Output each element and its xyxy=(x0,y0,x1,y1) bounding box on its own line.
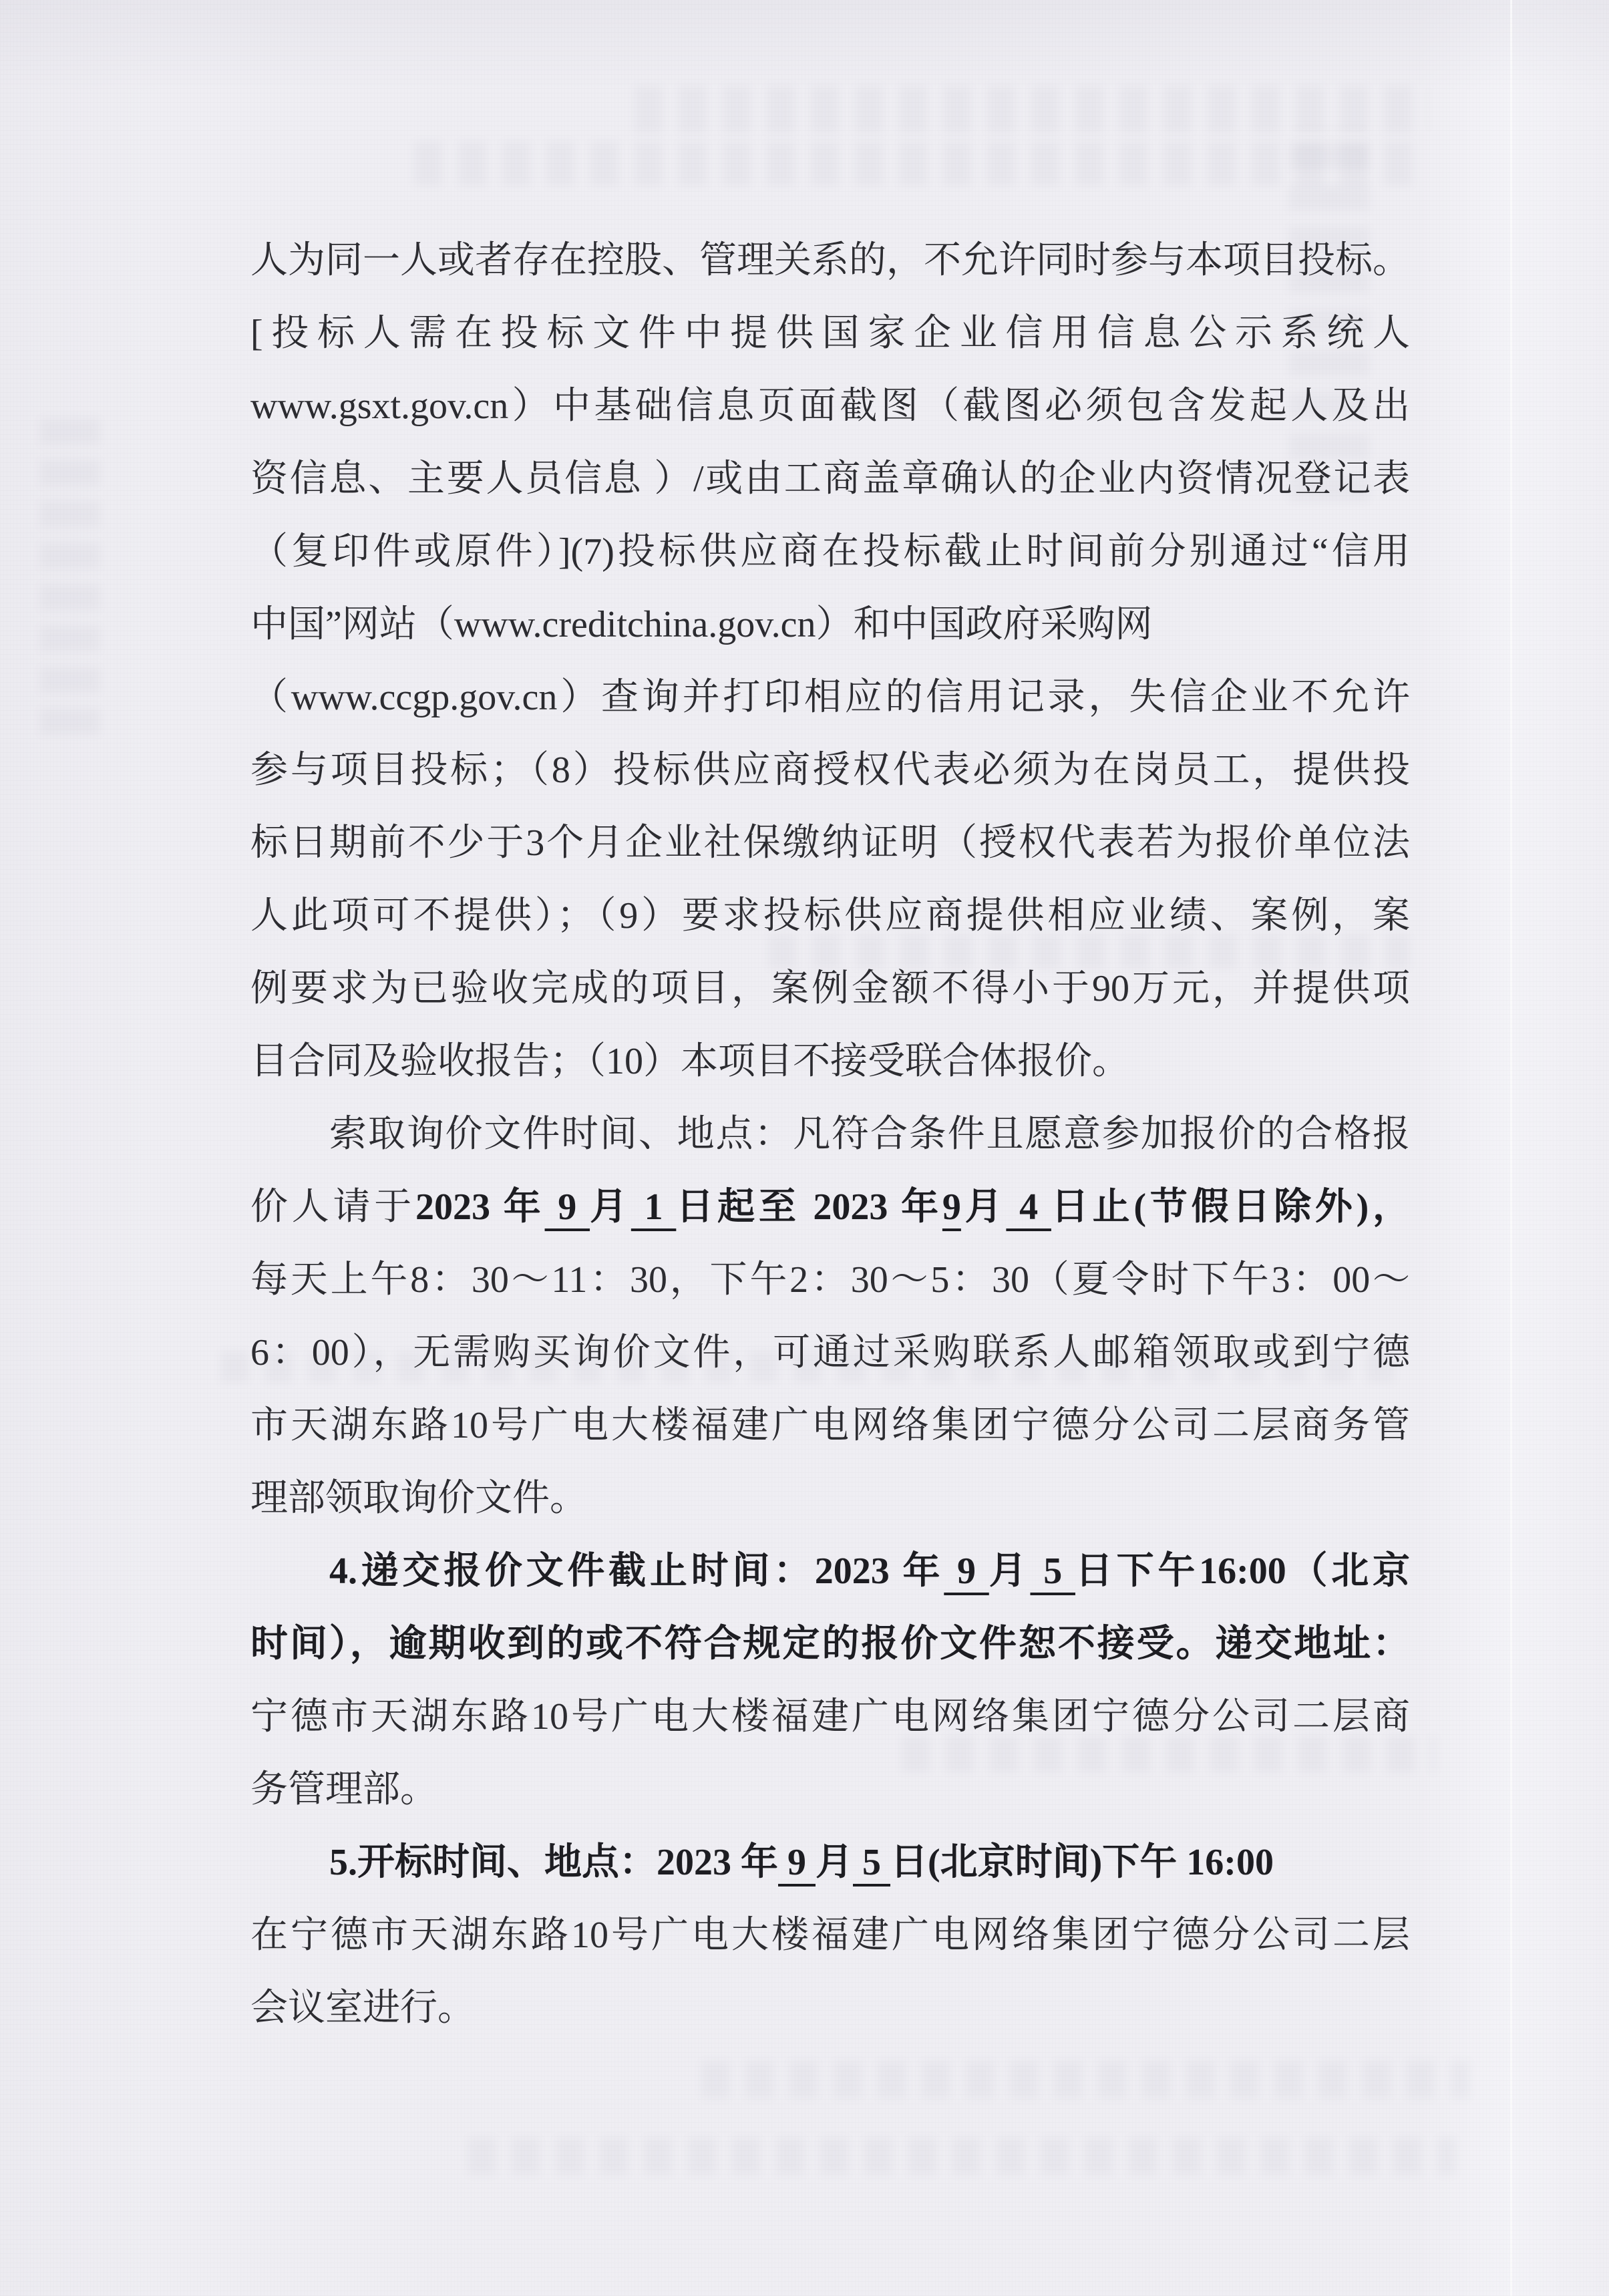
text-segment: 4 xyxy=(1006,1186,1051,1228)
scanned-document-page: 人为同一人或者存在控股、管理关系的，不允许同时参与本项目投标。[投标人需在投标文… xyxy=(0,0,1609,2296)
text-segment: 人为同一人或者存在控股、管理关系的，不允许同时参与本项目投标。 xyxy=(250,240,1410,281)
text-segment: 5 xyxy=(1030,1550,1075,1592)
line-16: 6：00），无需购买询价文件，可通过采购联系人邮箱领取或到宁德 xyxy=(250,1317,1410,1389)
text-segment: 月 xyxy=(590,1186,631,1228)
line-11: 例要求为已验收完成的项目，案例金额不得小于90万元，并提供项 xyxy=(250,953,1410,1025)
line-22: 务管理部。 xyxy=(250,1754,1410,1826)
text-segment: 中国”网站（www.creditchina.gov.cn）和中国政府采购网 xyxy=(250,604,1153,645)
line-03: www.gsxt.gov.cn）中基础信息页面截图（截图必须包含发起人及出 xyxy=(250,370,1410,443)
text-segment: 宁德市天湖东路10号广电大楼福建广电网络集团宁德分公司二层商 xyxy=(250,1696,1410,1738)
bleedthrough-artifact xyxy=(40,414,100,735)
text-segment: （复印件或原件）](7)投标供应商在投标截止时间前分别通过“信用 xyxy=(250,531,1410,572)
text-segment: 5.开标时间、地点：2023 年 xyxy=(329,1842,778,1883)
text-segment: 日起至 2023 年 xyxy=(676,1186,942,1228)
text-segment: 目合同及验收报告；（10）本项目不接受联合体报价。 xyxy=(250,1041,1129,1082)
text-column: 人为同一人或者存在控股、管理关系的，不允许同时参与本项目投标。[投标人需在投标文… xyxy=(250,224,1410,2045)
bleedthrough-artifact xyxy=(414,142,1416,186)
line-09: 标日期前不少于3个月企业社保缴纳证明（授权代表若为报价单位法 xyxy=(250,807,1410,880)
line-21: 宁德市天湖东路10号广电大楼福建广电网络集团宁德分公司二层商 xyxy=(250,1681,1410,1754)
line-12: 目合同及验收报告；（10）本项目不接受联合体报价。 xyxy=(250,1025,1410,1098)
text-segment: 9 xyxy=(545,1186,590,1228)
line-04: 资信息、主要人员信息 ）/或由工商盖章确认的企业内资情况登记表 xyxy=(250,443,1410,516)
bleedthrough-artifact xyxy=(701,2061,1469,2098)
line-07: （www.ccgp.gov.cn）查询并打印相应的信用记录，失信企业不允许 xyxy=(250,661,1410,734)
text-segment: 9 xyxy=(944,1550,989,1592)
text-segment: 递交地址： xyxy=(1215,1623,1410,1665)
line-25: 会议室进行。 xyxy=(250,1972,1410,2045)
text-segment: [投标人需在投标文件中提供国家企业信用信息公示系统人 xyxy=(250,313,1410,354)
text-segment: 例要求为已验收完成的项目，案例金额不得小于90万元，并提供项 xyxy=(250,968,1410,1009)
text-segment: www.gsxt.gov.cn）中基础信息页面截图（截图必须包含发起人及出 xyxy=(250,385,1410,427)
text-segment: 9 xyxy=(778,1842,816,1883)
line-06: 中国”网站（www.creditchina.gov.cn）和中国政府采购网 xyxy=(250,589,1410,661)
text-segment: 时间），逾期收到的或不符合规定的报价文件恕不接受。 xyxy=(250,1623,1215,1665)
line-20: 时间），逾期收到的或不符合规定的报价文件恕不接受。递交地址： xyxy=(250,1608,1410,1681)
text-segment: 月 xyxy=(961,1186,1007,1228)
text-segment: （www.ccgp.gov.cn）查询并打印相应的信用记录，失信企业不允许 xyxy=(250,677,1410,718)
line-02: [投标人需在投标文件中提供国家企业信用信息公示系统人 xyxy=(250,297,1410,370)
text-segment: 4.递交报价文件截止时间：2023 年 xyxy=(329,1550,944,1592)
text-segment: 9 xyxy=(942,1186,961,1228)
text-segment: 市天湖东路10号广电大楼福建广电网络集团宁德分公司二层商务管 xyxy=(250,1405,1410,1446)
text-segment: 6：00），无需购买询价文件，可通过采购联系人邮箱领取或到宁德 xyxy=(250,1332,1410,1373)
line-15: 每天上午8：30～11：30，下午2：30～5：30（夏令时下午3：00～ xyxy=(250,1244,1410,1317)
scanner-streak-artifact xyxy=(1510,0,1512,2296)
line-17: 市天湖东路10号广电大楼福建广电网络集团宁德分公司二层商务管 xyxy=(250,1389,1410,1462)
text-segment: 理部领取询价文件。 xyxy=(250,1478,587,1519)
text-segment: 1 xyxy=(631,1186,677,1228)
line-23: 5.开标时间、地点：2023 年 9 月 5 日(北京时间)下午 16:00 xyxy=(250,1826,1410,1899)
text-segment: 资信息、主要人员信息 ）/或由工商盖章确认的企业内资情况登记表 xyxy=(250,458,1410,500)
line-14: 价人请于2023 年 9 月 1 日起至 2023 年9月 4 日止(节假日除外… xyxy=(250,1171,1410,1244)
line-13: 索取询价文件时间、地点：凡符合条件且愿意参加报价的合格报 xyxy=(250,1098,1410,1171)
line-18: 理部领取询价文件。 xyxy=(250,1462,1410,1535)
line-10: 人此项可不提供）；（9）要求投标供应商提供相应业绩、案例，案 xyxy=(250,880,1410,953)
bleedthrough-artifact xyxy=(468,2138,1456,2175)
line-08: 参与项目投标；（8）投标供应商授权代表必须为在岗员工，提供投 xyxy=(250,734,1410,807)
text-segment: 在宁德市天湖东路10号广电大楼福建广电网络集团宁德分公司二层 xyxy=(250,1915,1410,1956)
line-01: 人为同一人或者存在控股、管理关系的，不允许同时参与本项目投标。 xyxy=(250,224,1410,297)
text-segment: 务管理部。 xyxy=(250,1769,437,1810)
text-segment: 日下午16:00（北京 xyxy=(1075,1550,1410,1592)
text-segment: 日(北京时间)下午 16:00 xyxy=(890,1842,1274,1883)
text-segment: 月 xyxy=(989,1550,1031,1592)
line-19: 4.递交报价文件截止时间：2023 年 9 月 5 日下午16:00（北京 xyxy=(250,1535,1410,1608)
text-segment: 会议室进行。 xyxy=(250,1987,475,2029)
text-segment: 参与项目投标；（8）投标供应商授权代表必须为在岗员工，提供投 xyxy=(250,750,1410,791)
text-segment: 人此项可不提供）；（9）要求投标供应商提供相应业绩、案例，案 xyxy=(250,895,1410,937)
text-segment: 5 xyxy=(853,1842,890,1883)
text-segment: 2023 年 xyxy=(415,1186,545,1228)
text-segment: 每天上午8：30～11：30，下午2：30～5：30（夏令时下午3：00～ xyxy=(250,1259,1410,1301)
text-segment: 索取询价文件时间、地点：凡符合条件且愿意参加报价的合格报 xyxy=(329,1114,1410,1155)
text-segment: 标日期前不少于3个月企业社保缴纳证明（授权代表若为报价单位法 xyxy=(250,822,1410,864)
text-segment: 日止(节假日除外)， xyxy=(1051,1186,1410,1228)
line-24: 在宁德市天湖东路10号广电大楼福建广电网络集团宁德分公司二层 xyxy=(250,1899,1410,1972)
bleedthrough-artifact xyxy=(635,86,1429,134)
text-segment: 价人请于 xyxy=(250,1186,415,1228)
line-05: （复印件或原件）](7)投标供应商在投标截止时间前分别通过“信用 xyxy=(250,516,1410,589)
text-segment: 月 xyxy=(816,1842,853,1883)
